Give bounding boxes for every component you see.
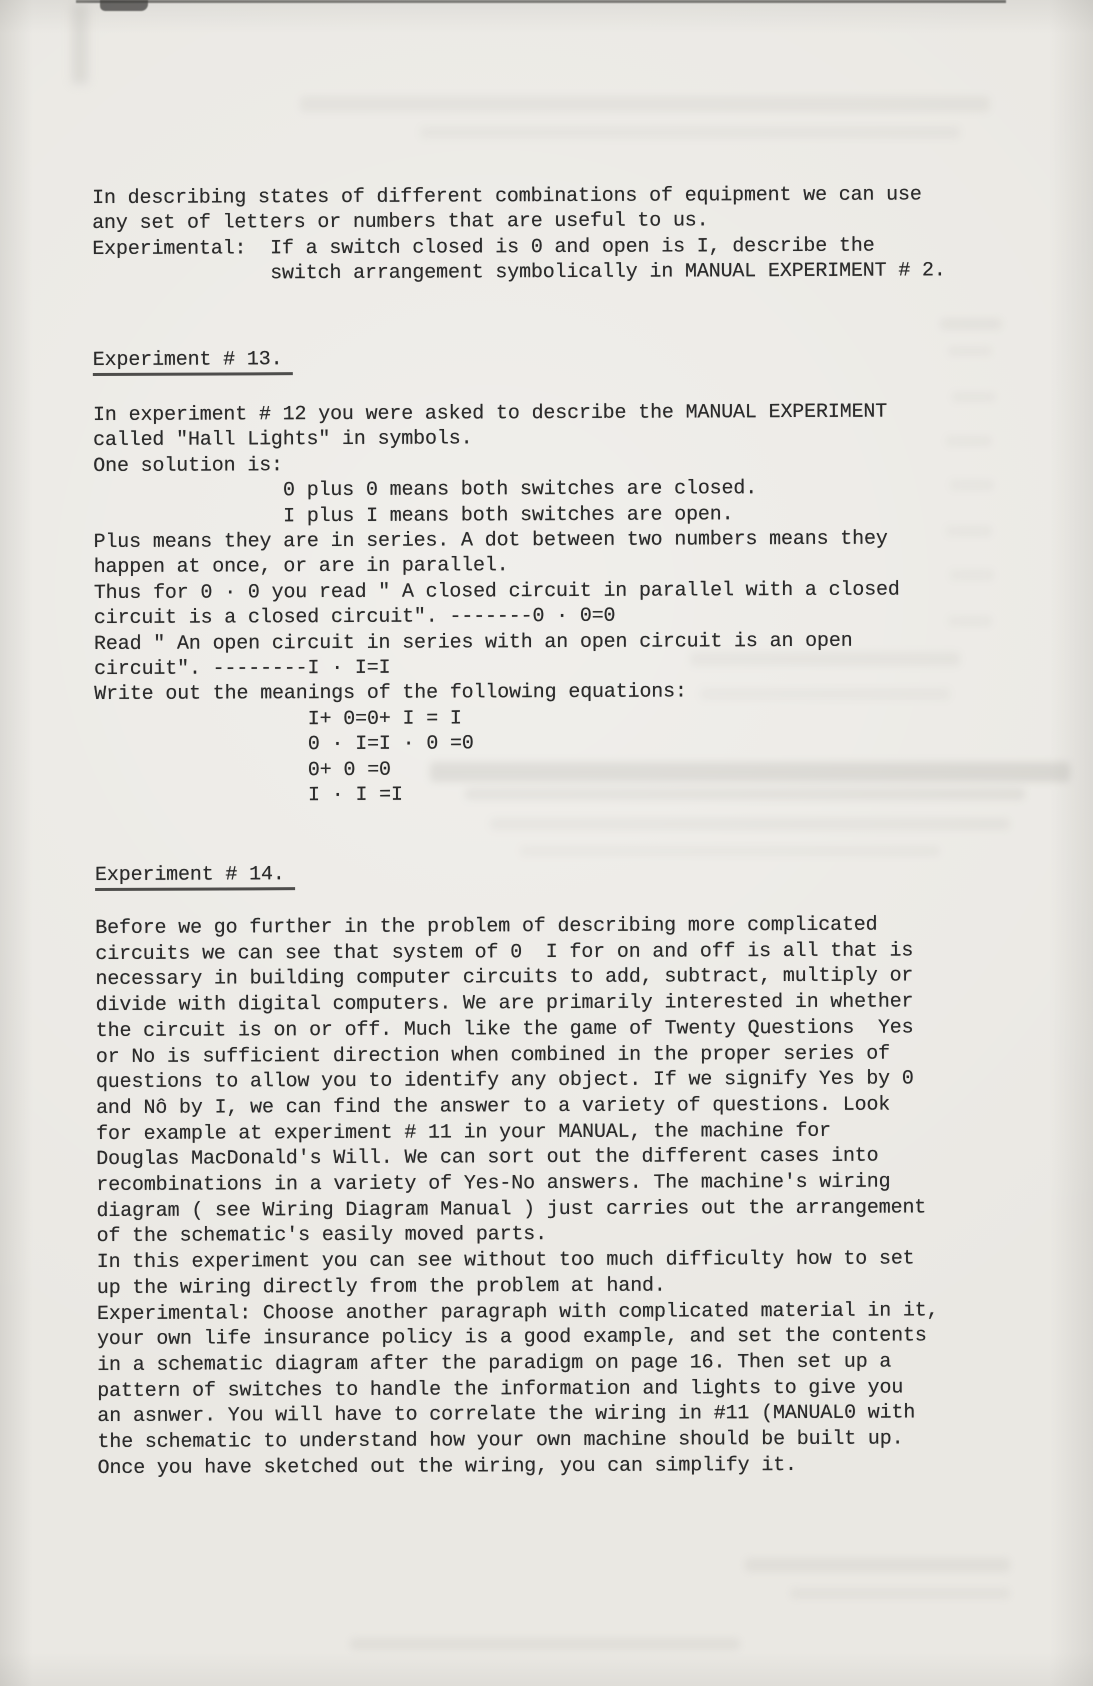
text-line: or No is sufficient direction when combi… [96,1041,938,1070]
text-line: the schematic to understand how your own… [97,1426,939,1455]
text-line: One solution is: [93,450,899,479]
text-line: 0 plus 0 means both switches are closed. [93,476,899,505]
text-line: Read " An open circuit in series with an… [94,628,900,657]
text-line: Douglas MacDonald's Will. We can sort ou… [96,1144,938,1173]
typewritten-content: In describing states of different combin… [0,0,1093,1686]
text-line: circuit is a closed circuit". -------0 ·… [94,603,900,632]
text-line: switch arrangement symbolically in MANUA… [92,259,945,288]
text-line: 0+ 0 =0 [95,755,901,784]
experiment-14-heading: Experiment # 14. [95,863,295,891]
text-line: Before we go further in the problem of d… [95,912,937,941]
experiment-13-body: In experiment # 12 you were asked to des… [93,400,901,810]
text-line: recombinations in a variety of Yes-No an… [96,1169,938,1198]
text-line: 0 · I=I · 0 =0 [94,730,900,759]
text-line: necessary in building computer circuits … [95,964,937,993]
text-line: diagram ( see Wiring Diagram Manual ) ju… [96,1195,938,1224]
text-line: in a schematic diagram after the paradig… [97,1349,939,1378]
experiment-13-heading: Experiment # 13. [93,348,293,376]
intro-paragraph: In describing states of different combin… [92,182,946,287]
text-line: circuits we can see that system of 0 I f… [95,938,937,967]
text-line: circuit". --------I · I=I [94,654,900,683]
experiment-13-heading-text: Experiment # 13. [93,348,293,376]
text-line: an asnwer. You will have to correlate th… [97,1401,939,1430]
text-line: questions to allow you to identify any o… [96,1067,938,1096]
scanned-document-page: In describing states of different combin… [0,0,1093,1686]
text-line: Experimental: If a switch closed is 0 an… [92,233,945,262]
text-line: pattern of switches to handle the inform… [97,1375,939,1404]
text-line: happen at once, or are in parallel. [94,552,900,581]
text-line: Plus means they are in series. A dot bet… [94,527,900,556]
text-line: for example at experiment # 11 in your M… [96,1118,938,1147]
text-line: Write out the meanings of the following … [94,679,900,708]
experiment-14-body: Before we go further in the problem of d… [95,912,939,1481]
text-line: Thus for 0 · 0 you read " A closed circu… [94,577,900,606]
text-line: your own life insurance policy is a good… [97,1324,939,1353]
text-line: divide with digital computers. We are pr… [96,989,938,1018]
experiment-14-heading-text: Experiment # 14. [95,863,295,891]
text-line: In this experiment you can see without t… [97,1246,939,1275]
text-line: In experiment # 12 you were asked to des… [93,400,899,429]
text-line: the circuit is on or off. Much like the … [96,1015,938,1044]
text-line: called "Hall Lights" in symbols. [93,425,899,454]
text-line: Once you have sketched out the wiring, y… [98,1452,940,1481]
text-line: up the wiring directly from the problem … [97,1272,939,1301]
text-line: In describing states of different combin… [92,182,945,211]
text-line: any set of letters or numbers that are u… [92,208,945,237]
text-line: of the schematic's easily moved parts. [97,1221,939,1250]
text-line: and Nô by I, we can find the answer to a… [96,1092,938,1121]
text-line: I plus I means both switches are open. [93,501,899,530]
text-line: I+ 0=0+ I = I [94,704,900,733]
text-line: Experimental: Choose another paragraph w… [97,1298,939,1327]
text-line: I · I =I [95,781,901,810]
